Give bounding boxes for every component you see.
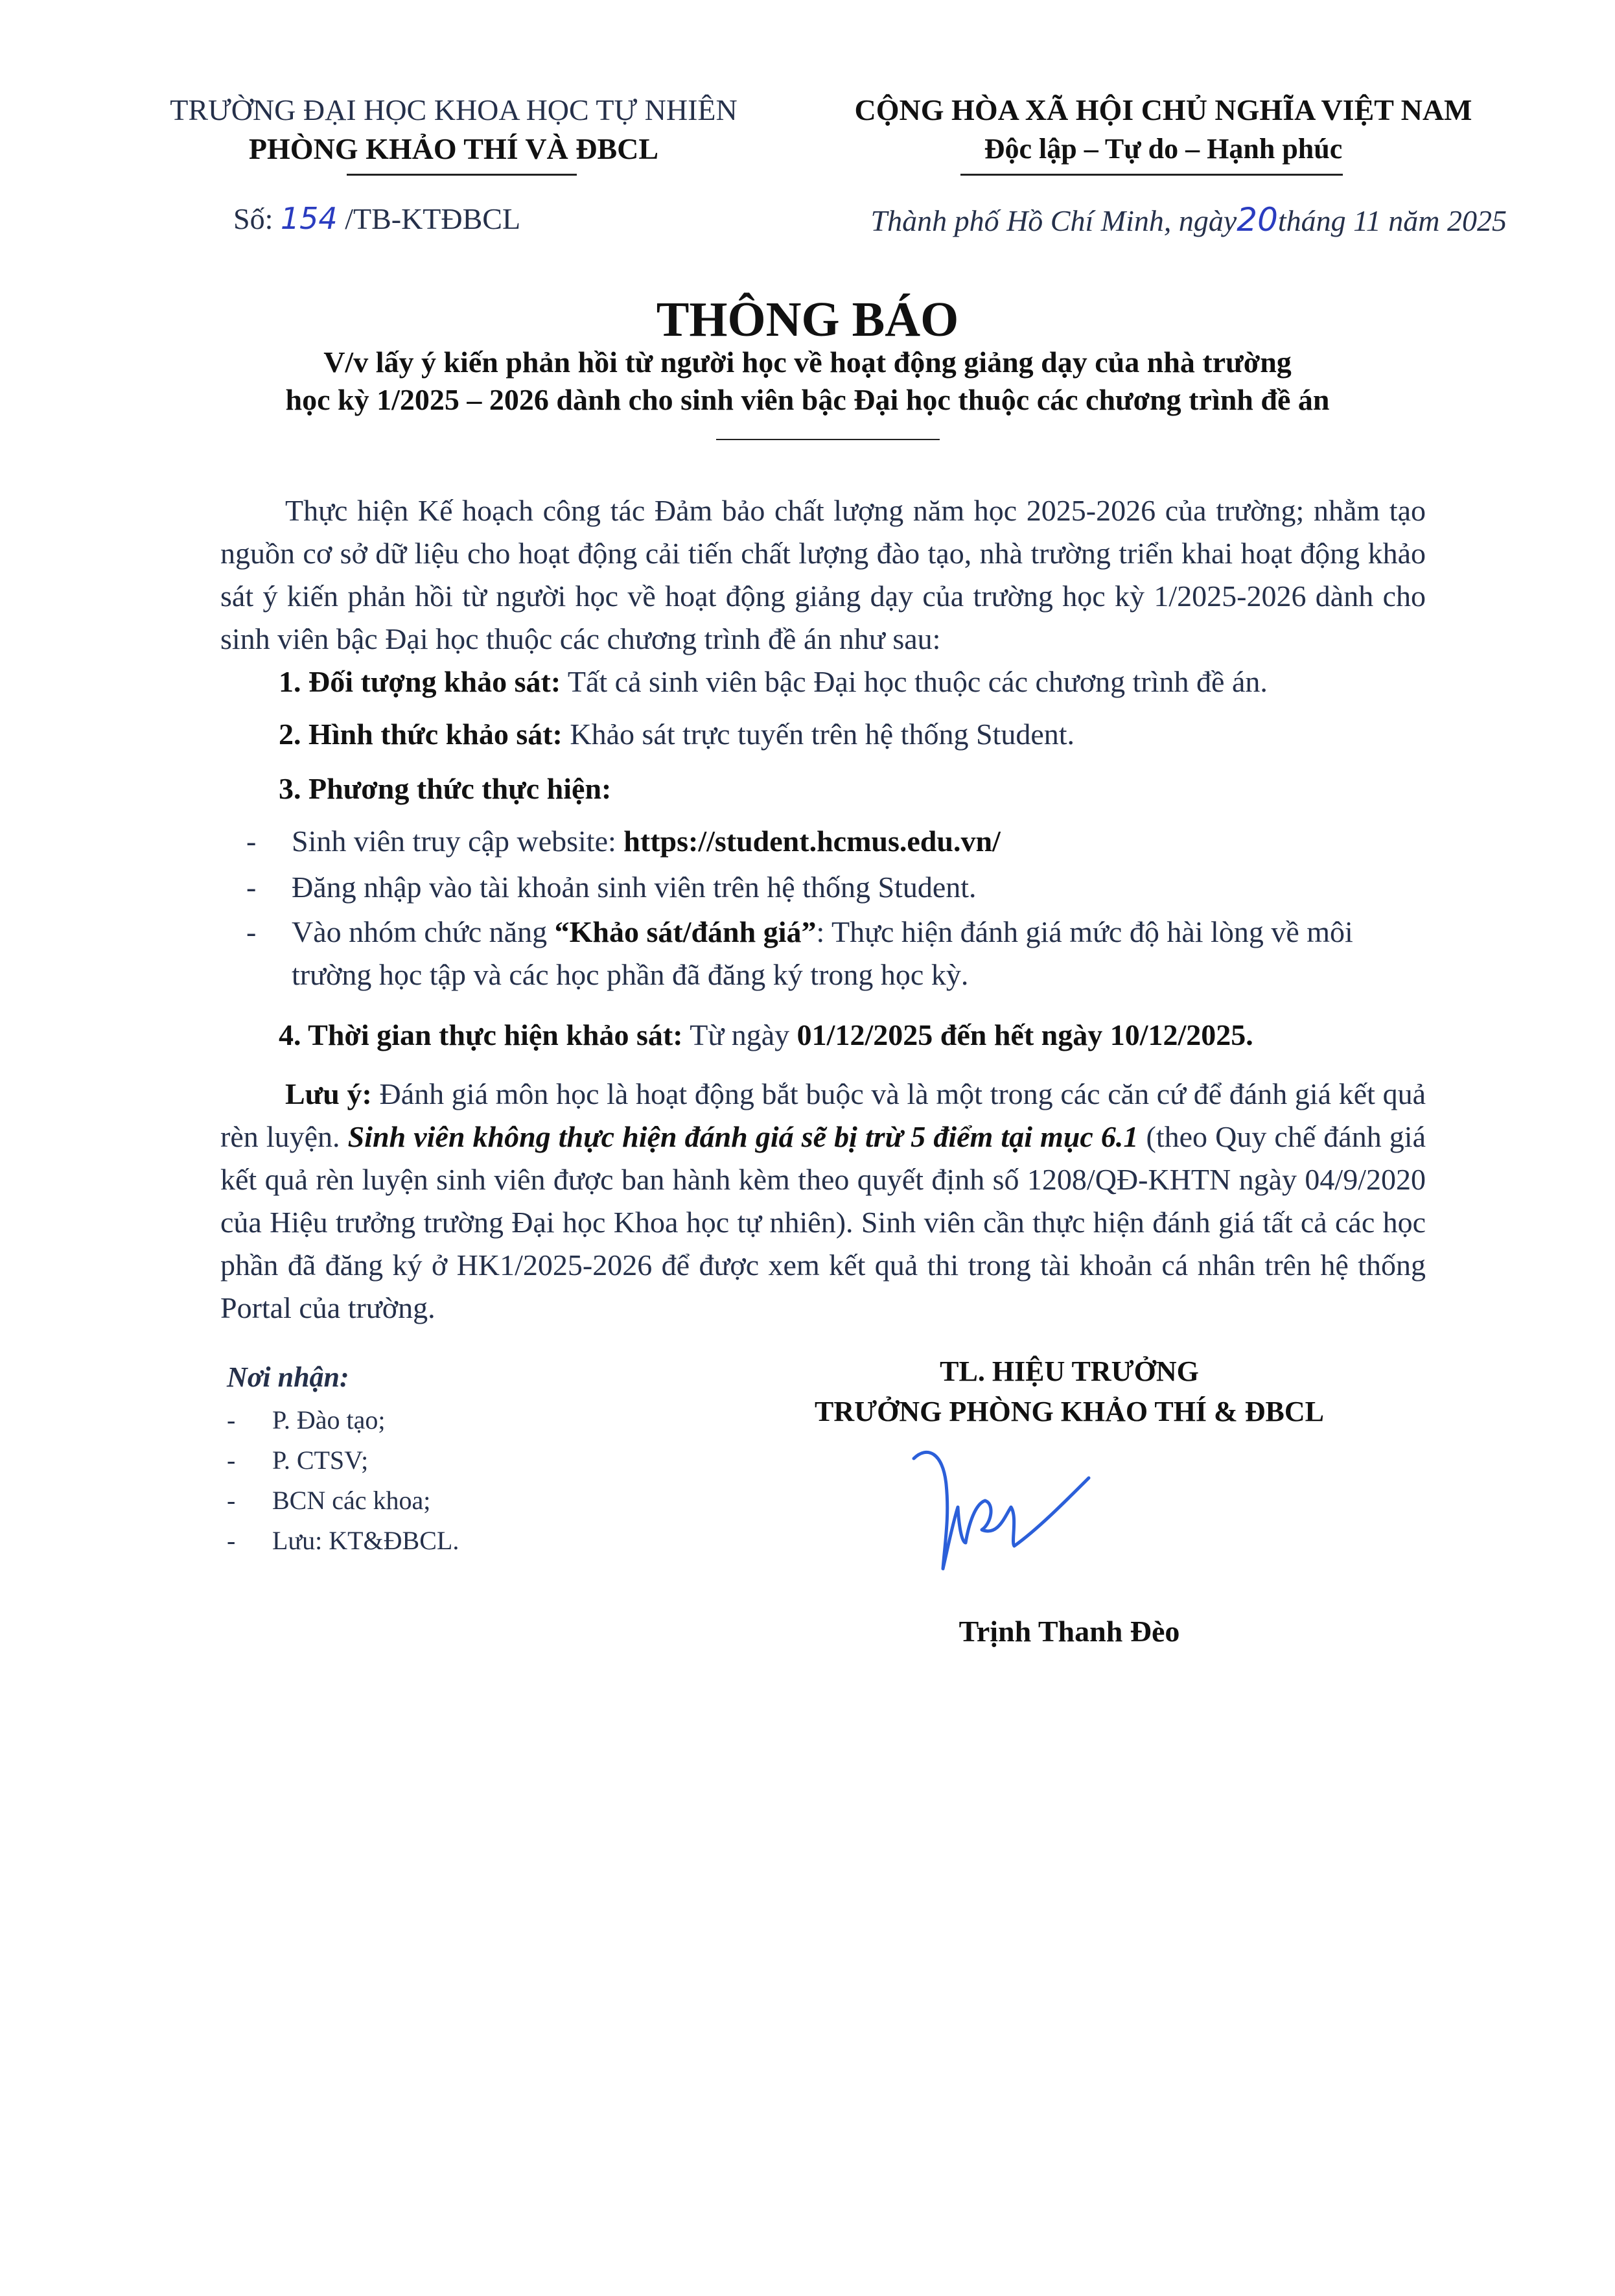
title-underline — [716, 439, 940, 440]
national-motto-block: CỘNG HÒA XÃ HỘI CHỦ NGHĨA VIỆT NAM Độc l… — [804, 91, 1523, 169]
method-step: -Sinh viên truy cập website: https://stu… — [246, 820, 1445, 863]
recipients-list: Nơi nhận: -P. Đào tạo; -P. CTSV; -BCN cá… — [227, 1355, 459, 1561]
penalty-warning: Sinh viên không thực hiện đánh giá sẽ bị… — [348, 1120, 1139, 1153]
issuer-underline — [347, 174, 577, 176]
signer-name: Trịnh Thanh Đèo — [745, 1614, 1393, 1648]
section-survey-form: 2. Hình thức khảo sát: Khảo sát trực tuy… — [279, 717, 1445, 751]
handwritten-day: 20 — [1237, 201, 1278, 239]
country-name: CỘNG HÒA XÃ HỘI CHỦ NGHĨA VIỆT NAM — [804, 91, 1523, 130]
recipient-item: -P. Đào tạo; — [227, 1400, 459, 1440]
recipient-item: -Lưu: KT&ĐBCL. — [227, 1521, 459, 1561]
section-time: 4. Thời gian thực hiện khảo sát: Từ ngày… — [279, 1018, 1445, 1052]
method-step: -Vào nhóm chức năng “Khảo sát/đánh giá”:… — [246, 911, 1445, 996]
motto: Độc lập – Tự do – Hạnh phúc — [804, 130, 1523, 169]
handwritten-number: 154 — [281, 201, 338, 236]
method-step: -Đăng nhập vào tài khoản sinh viên trên … — [246, 866, 1445, 909]
recipient-item: -P. CTSV; — [227, 1440, 459, 1481]
student-portal-link[interactable]: https://student.hcmus.edu.vn/ — [623, 825, 1001, 858]
signature-title: TL. HIỆU TRƯỞNG TRƯỞNG PHÒNG KHẢO THÍ & … — [745, 1352, 1393, 1432]
recipients-heading: Nơi nhận: — [227, 1355, 459, 1400]
handwritten-signature — [907, 1446, 1179, 1578]
department-name: PHÒNG KHẢO THÍ VÀ ĐBCL — [130, 130, 778, 169]
document-number: Số: 154 /TB-KTĐBCL — [233, 201, 520, 236]
place-and-date: Thành phố Hồ Chí Minh, ngày20tháng 11 nă… — [794, 201, 1507, 239]
section-method: 3. Phương thức thực hiện: — [279, 771, 1445, 806]
intro-paragraph: Thực hiện Kế hoạch công tác Đảm bảo chất… — [220, 489, 1426, 661]
document-title: THÔNG BÁO — [0, 292, 1615, 348]
issuer-block: TRƯỜNG ĐẠI HỌC KHOA HỌC TỰ NHIÊN PHÒNG K… — [130, 91, 778, 169]
recipient-item: -BCN các khoa; — [227, 1481, 459, 1521]
section-survey-target: 1. Đối tượng khảo sát: Tất cả sinh viên … — [279, 664, 1445, 699]
note-paragraph: Lưu ý: Đánh giá môn học là hoạt động bắt… — [220, 1073, 1426, 1330]
university-name: TRƯỜNG ĐẠI HỌC KHOA HỌC TỰ NHIÊN — [130, 91, 778, 130]
motto-underline — [960, 174, 1343, 176]
document-subject: V/v lấy ý kiến phản hồi từ người học về … — [0, 344, 1615, 419]
